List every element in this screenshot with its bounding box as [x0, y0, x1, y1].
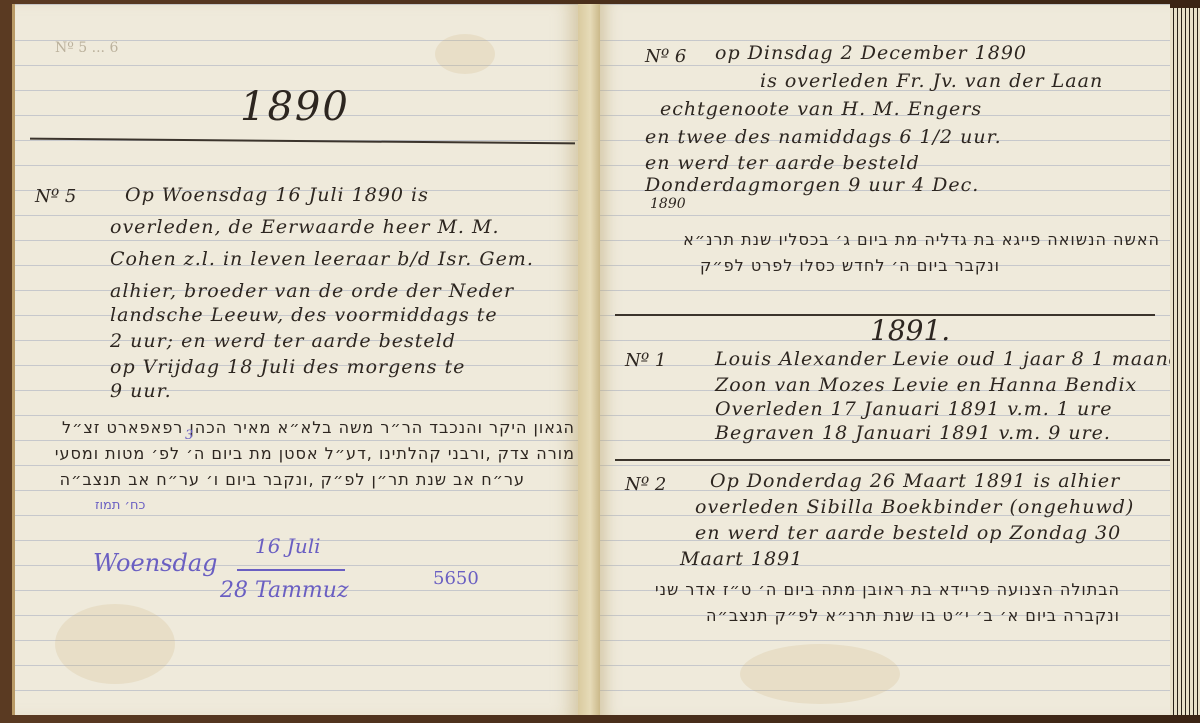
entry-text-line: echtgenoote van H. M. Engers: [660, 98, 982, 120]
entry-text-line: overleden, de Eerwaarde heer M. M.: [110, 216, 500, 238]
book-gutter: [578, 4, 601, 715]
entry-text-line: Maart 1891: [680, 548, 803, 570]
entry-text-line: op Vrijdag 18 Juli des morgens te: [110, 356, 465, 378]
right-page: Nº 6 op Dinsdag 2 December 1890 is overl…: [600, 4, 1170, 715]
entry-text-line: overleden Sibilla Boekbinder (ongehuwd): [695, 496, 1134, 518]
entry-number: Nº 2: [625, 474, 666, 495]
entry-text-line: Cohen z.l. in leven leeraar b/d Isr. Gem…: [110, 248, 534, 270]
violet-weekday: Woensdag: [93, 549, 218, 577]
entry-number: Nº 1: [625, 350, 666, 371]
violet-correction: 3: [185, 428, 193, 443]
entry-text-line: en werd ter aarde besteld op Zondag 30: [695, 522, 1121, 544]
left-page: Nº 5 ... 6 1890 Nº 5 Op Woensdag 16 Juli…: [12, 4, 581, 715]
entry-text-line: 2 uur; en werd ter aarde besteld: [110, 330, 456, 352]
hebrew-text-line: הגאון היקר והנכבד הר״ר משה בלא״א מאיר הכ…: [15, 418, 575, 437]
page-stack-edge: [1170, 8, 1200, 715]
entry-text-line: landsche Leeuw, des voormiddags te: [110, 304, 498, 326]
entry-text-line: en twee des namiddags 6 1/2 uur.: [645, 126, 1002, 148]
entry-text-line: Overleden 17 Januari 1891 v.m. 1 ure: [715, 398, 1113, 420]
hebrew-text-line: מורה צדק ,ורבני קהלתינו ,דע״ל אסטן מת בי…: [15, 444, 575, 463]
section-divider: [30, 138, 575, 145]
violet-fraction-bar: [237, 569, 345, 571]
hebrew-text-line: ער״ח אב שנת תר״ן לפ״ק ,ונקבר ביום ו׳ ער״…: [15, 470, 525, 489]
faint-header-marks: Nº 5 ... 6: [55, 40, 118, 56]
entry-text-line: Louis Alexander Levie oud 1 jaar 8 1 maa…: [715, 348, 1170, 370]
entry-text-line: op Dinsdag 2 December 1890: [715, 42, 1027, 64]
hebrew-text-line: האשה הנשואה פייגא בת גדליה מת ביום ג׳ בכ…: [600, 230, 1160, 249]
entry-text-line: Begraven 18 Januari 1891 v.m. 9 ure.: [715, 422, 1111, 444]
entry-text-line: alhier, broeder van de orde der Neder: [110, 280, 514, 302]
entry-text-line: Op Woensdag 16 Juli 1890 is: [125, 184, 429, 206]
hebrew-text-line: ונקברה ביום א׳ ב׳ י״ט בו שנת תרנ״א לפ״ק …: [600, 606, 1120, 625]
entry-number: Nº 5: [35, 186, 76, 207]
hebrew-text-line: ונקבר ביום ה׳ לחדש כסלו לפרט לפ״ק: [600, 256, 1000, 275]
entry-text-line: Donderdagmorgen 9 uur 4 Dec.: [645, 174, 979, 196]
violet-hebrew-year: 5650: [433, 568, 479, 589]
violet-date-top: 16 Juli: [255, 534, 321, 558]
hebrew-text-line: הבתולה הצנועה פריידא בת ראובן מתה ביום ה…: [600, 580, 1120, 599]
entry-text-line: Zoon van Mozes Levie en Hanna Bendix: [715, 374, 1137, 396]
entry-text-line: 9 uur.: [110, 380, 172, 402]
entry-divider: [615, 459, 1170, 461]
violet-hebrew-note: כח׳ תמוז: [95, 498, 145, 513]
entry-text-line: is overleden Fr. Jv. van der Laan: [760, 70, 1103, 92]
entry-text-line: 1890: [650, 196, 686, 212]
year-heading-1890: 1890: [240, 84, 350, 130]
entry-number: Nº 6: [645, 46, 686, 67]
entry-text-line: Op Donderdag 26 Maart 1891 is alhier: [710, 470, 1120, 492]
year-heading-1891: 1891.: [870, 314, 950, 347]
violet-date-bottom: 28 Tammuz: [220, 578, 349, 603]
entry-text-line: en werd ter aarde besteld: [645, 152, 920, 174]
